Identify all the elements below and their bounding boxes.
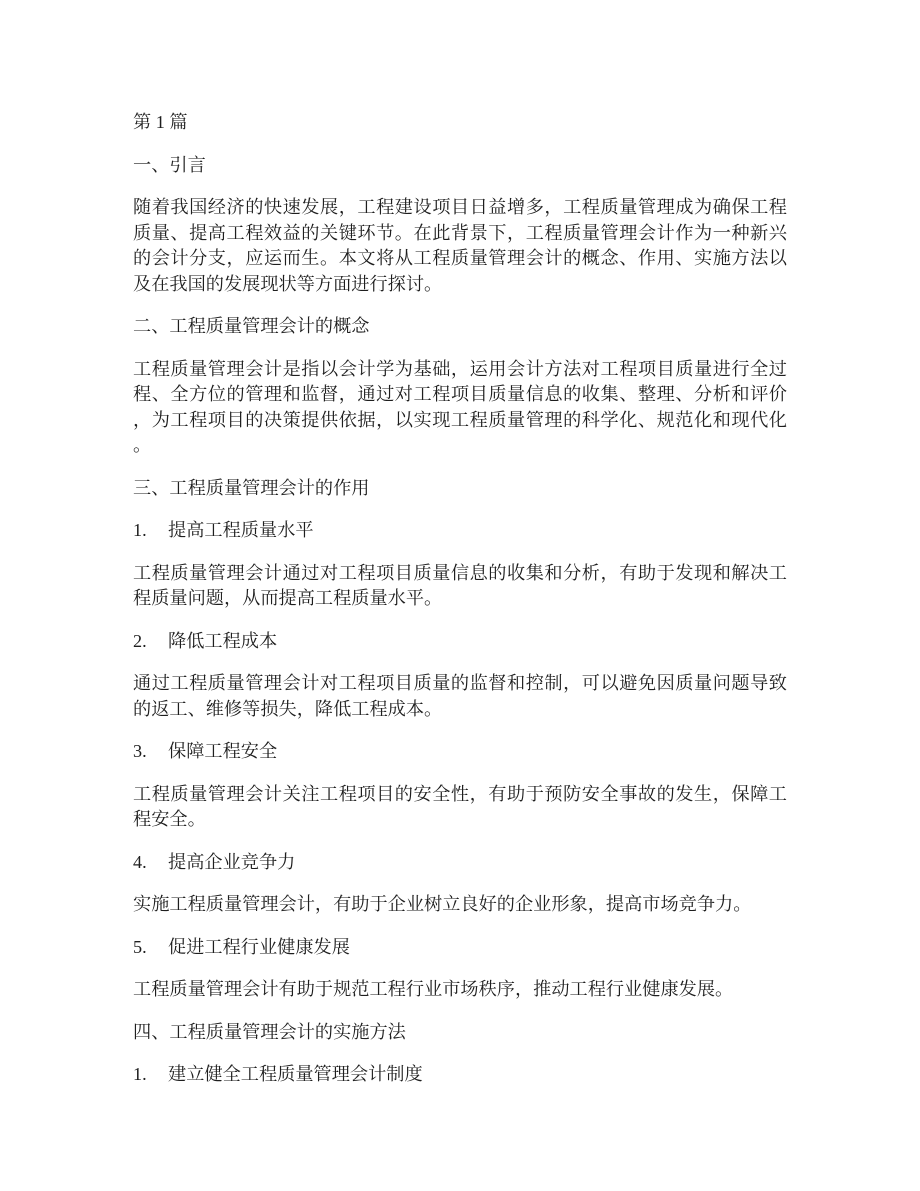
numbered-item: 4.提高企业竞争力 xyxy=(133,850,787,876)
numbered-item: 3.保障工程安全 xyxy=(133,739,787,765)
numbered-item: 1.建立健全工程质量管理会计制度 xyxy=(133,1062,787,1088)
numbered-item: 5.促进工程行业健康发展 xyxy=(133,935,787,961)
body-paragraph: 通过工程质量管理会计对工程项目质量的监督和控制，可以避免因质量问题导致的返工、维… xyxy=(133,671,787,722)
body-paragraph: 实施工程质量管理会计，有助于企业树立良好的企业形象，提高市场竞争力。 xyxy=(133,892,787,918)
item-number: 2. xyxy=(133,629,168,655)
item-number: 5. xyxy=(133,935,168,961)
item-number: 1. xyxy=(133,1062,168,1088)
body-paragraph: 工程质量管理会计是指以会计学为基础，运用会计方法对工程项目质量进行全过程、全方位… xyxy=(133,357,787,459)
numbered-item: 2.降低工程成本 xyxy=(133,629,787,655)
item-title: 促进工程行业健康发展 xyxy=(168,937,350,957)
item-title: 提高工程质量水平 xyxy=(168,520,314,540)
item-number: 4. xyxy=(133,850,168,876)
body-paragraph: 工程质量管理会计有助于规范工程行业市场秩序，推动工程行业健康发展。 xyxy=(133,977,787,1003)
item-title: 建立健全工程质量管理会计制度 xyxy=(168,1064,423,1084)
item-title: 降低工程成本 xyxy=(168,631,277,651)
document-page: 第 1 篇 一、引言 随着我国经济的快速发展，工程建设项目日益增多，工程质量管理… xyxy=(0,0,920,1191)
section-heading-introduction: 一、引言 xyxy=(133,153,787,179)
numbered-item: 1.提高工程质量水平 xyxy=(133,518,787,544)
item-title: 保障工程安全 xyxy=(168,741,277,761)
item-number: 3. xyxy=(133,739,168,765)
section-heading-roles: 三、工程质量管理会计的作用 xyxy=(133,476,787,502)
section-heading-implementation: 四、工程质量管理会计的实施方法 xyxy=(133,1020,787,1046)
item-title: 提高企业竞争力 xyxy=(168,852,295,872)
body-paragraph: 工程质量管理会计通过对工程项目质量信息的收集和分析，有助于发现和解决工程质量问题… xyxy=(133,561,787,612)
item-number: 1. xyxy=(133,518,168,544)
body-paragraph: 工程质量管理会计关注工程项目的安全性，有助于预防安全事故的发生，保障工程安全。 xyxy=(133,782,787,833)
chapter-label: 第 1 篇 xyxy=(133,110,787,136)
body-paragraph: 随着我国经济的快速发展，工程建设项目日益增多，工程质量管理成为确保工程质量、提高… xyxy=(133,195,787,297)
section-heading-concept: 二、工程质量管理会计的概念 xyxy=(133,314,787,340)
